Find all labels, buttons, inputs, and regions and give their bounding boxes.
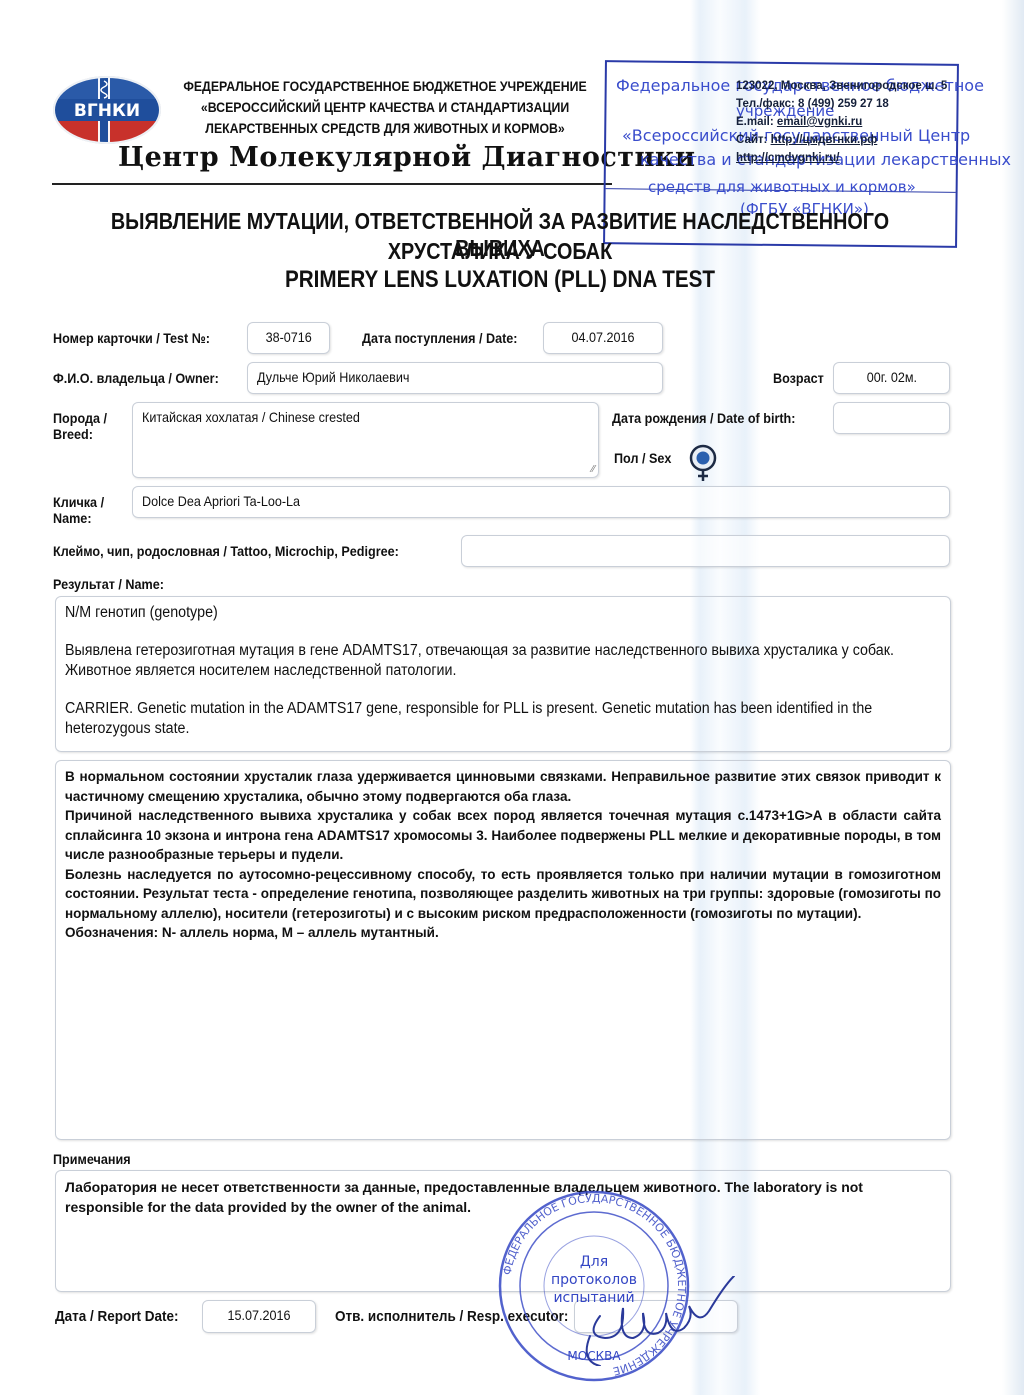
- description-field[interactable]: В нормальном состоянии хрусталик глаза у…: [55, 760, 951, 1140]
- signature: [570, 1276, 750, 1366]
- description-paragraph: В нормальном состоянии хрусталик глаза у…: [65, 767, 941, 806]
- name-label-en: Name:: [53, 510, 104, 526]
- report-title-line-2: ХРУСТАЛИКА У СОБАК: [70, 238, 930, 265]
- vgnki-logo: ВГНКИ: [52, 75, 162, 145]
- phone: Тел./факс: 8 (499) 259 27 18: [736, 95, 947, 113]
- report-date-value: 15.07.2016: [227, 1307, 290, 1323]
- svg-text:Для: Для: [580, 1254, 608, 1270]
- date-received-label: Дата поступления / Date:: [362, 330, 517, 346]
- stamp-line: средств для животных и кормов»: [648, 178, 916, 196]
- site-link[interactable]: http://цмдвгнки.рф: [771, 134, 878, 146]
- tattoo-label: Клеймо, чип, родословная / Tattoo, Micro…: [53, 543, 399, 559]
- test-number-value: 38-0716: [265, 329, 311, 345]
- contact-info: 123022, Москва, Звенигородское ш. 5 Тел.…: [736, 77, 947, 167]
- breed-label-ru: Порода /: [53, 410, 107, 426]
- email-label: E.mail:: [736, 116, 774, 128]
- name-label: Кличка / Name:: [53, 494, 104, 526]
- notes-label: Примечания: [53, 1151, 131, 1167]
- name-label-ru: Кличка /: [53, 494, 104, 510]
- org-line: «ВСЕРОССИЙСКИЙ ЦЕНТР КАЧЕСТВА И СТАНДАРТ…: [180, 97, 590, 118]
- description-paragraph: Обозначения: N- аллель норма, M – аллель…: [65, 923, 941, 943]
- dob-field[interactable]: [833, 402, 950, 434]
- report-date-field[interactable]: 15.07.2016: [202, 1300, 316, 1333]
- owner-label: Ф.И.О. владельца / Owner:: [53, 370, 219, 386]
- site-link-2[interactable]: http://cmdvgnki.ru/: [736, 149, 947, 167]
- genotype-text: N/M генотип (genotype): [65, 603, 935, 623]
- age-label: Возраст: [773, 370, 824, 386]
- report-date-label: Дата / Report Date:: [55, 1308, 179, 1325]
- breed-value: Китайская хохлатая / Chinese crested: [142, 409, 360, 425]
- report-title-line-3: PRIMERY LENS LUXATION (PLL) DNA TEST: [70, 266, 930, 294]
- age-value: 00г. 02м.: [866, 369, 916, 385]
- dog-name-field[interactable]: Dolce Dea Apriori Ta-Loo-La: [132, 486, 950, 518]
- email-row: E.mail: email@vgnki.ru: [736, 113, 947, 131]
- test-number-label: Номер карточки / Test №:: [53, 330, 210, 346]
- female-sex-icon: [688, 444, 718, 482]
- description-paragraph: Причиной наследственного вывиха хрустали…: [65, 806, 941, 865]
- site-row: Сайт: http://цмдвгнки.рф: [736, 131, 947, 149]
- result-text-ru: Выявлена гетерозиготная мутация в гене A…: [65, 641, 935, 681]
- tattoo-field[interactable]: [461, 535, 950, 567]
- age-field[interactable]: 00г. 02м.: [833, 362, 950, 394]
- org-line: ФЕДЕРАЛЬНОЕ ГОСУДАРСТВЕННОЕ БЮДЖЕТНОЕ УЧ…: [180, 76, 590, 97]
- organization-name: ФЕДЕРАЛЬНОЕ ГОСУДАРСТВЕННОЕ БЮДЖЕТНОЕ УЧ…: [180, 76, 590, 139]
- result-text-en: CARRIER. Genetic mutation in the ADAMTS1…: [65, 699, 935, 739]
- date-received-field[interactable]: 04.07.2016: [543, 322, 663, 354]
- breed-field[interactable]: Китайская хохлатая / Chinese crested ⁄⁄: [132, 402, 599, 478]
- result-field[interactable]: N/M генотип (genotype) Выявлена гетерози…: [55, 596, 951, 752]
- email-link[interactable]: email@vgnki.ru: [777, 116, 862, 128]
- breed-label: Порода / Breed:: [53, 410, 107, 442]
- svg-text:ВГНКИ: ВГНКИ: [74, 101, 140, 121]
- lab-report-page: ВГНКИ ФЕДЕРАЛЬНОЕ ГОСУДАРСТВЕННОЕ БЮДЖЕТ…: [0, 0, 1024, 1395]
- description-paragraph: Болезнь наследуется по аутосомно-рецесси…: [65, 865, 941, 924]
- owner-value: Дульче Юрий Николаевич: [257, 369, 409, 385]
- result-label: Результат / Name:: [53, 576, 164, 592]
- org-line: ЛЕКАРСТВЕННЫХ СРЕДСТВ ДЛЯ ЖИВОТНЫХ И КОР…: [180, 118, 590, 139]
- address: 123022, Москва, Звенигородское ш. 5: [736, 77, 947, 95]
- owner-field[interactable]: Дульче Юрий Николаевич: [247, 362, 663, 394]
- sex-label: Пол / Sex: [614, 450, 671, 466]
- breed-label-en: Breed:: [53, 426, 107, 442]
- test-number-field[interactable]: 38-0716: [247, 322, 330, 354]
- site-label: Сайт:: [736, 134, 767, 146]
- date-received-value: 04.07.2016: [571, 329, 634, 345]
- dob-label: Дата рождения / Date of birth:: [612, 410, 795, 426]
- header-divider: [52, 183, 612, 185]
- scan-edge: [1002, 0, 1024, 1395]
- dog-name-value: Dolce Dea Apriori Ta-Loo-La: [142, 493, 300, 509]
- resize-handle-icon[interactable]: ⁄⁄: [592, 464, 595, 475]
